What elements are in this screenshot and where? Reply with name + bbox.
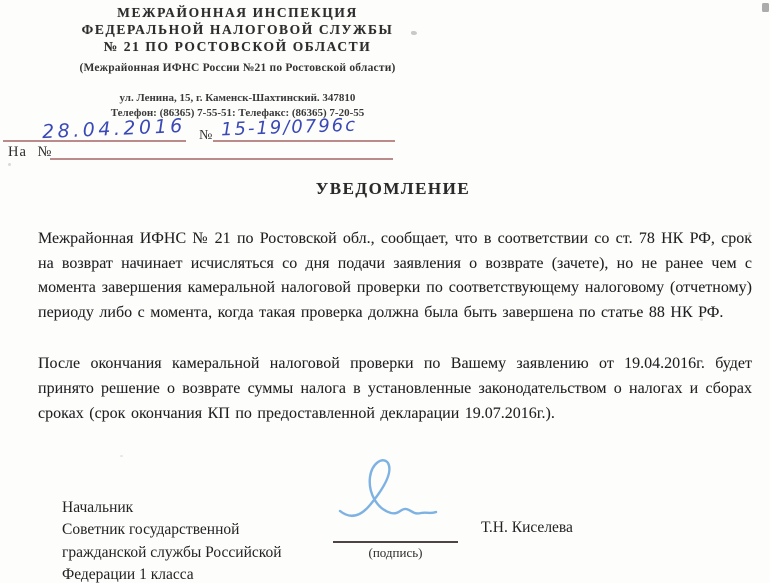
reply-to-label: На № [8,144,52,161]
signature-caption: (подпись) [333,545,458,561]
org-name-line1: МЕЖРАЙОННАЯ ИНСПЕКЦИЯ [35,4,440,21]
org-address: ул. Ленина, 15, г. Каменск-Шахтинский. 3… [35,91,440,106]
body-text: Межрайонная ИФНС № 21 по Ростовской обл.… [38,227,752,426]
signature-line [333,541,458,543]
position-line-2: Советник государственной [62,519,282,541]
scan-noise-speck [120,455,123,457]
position-line-3: гражданской службы Российской [62,542,282,564]
number-underline [213,140,395,142]
scan-noise-speck [748,232,751,235]
handwritten-outgoing-number: 15-19/0796с [221,115,358,141]
signatory-name: Т.Н. Киселева [481,519,573,537]
org-address-phone: ул. Ленина, 15, г. Каменск-Шахтинский. 3… [35,91,440,121]
position-line-1: Начальник [62,497,282,519]
number-sign: № [199,128,212,144]
date-underline [3,140,186,142]
paragraph-2: После окончания камеральной налоговой пр… [38,352,752,426]
signatory-position: Начальник Советник государственной гражд… [62,497,282,583]
handwritten-signature [334,457,440,525]
org-short-name: (Межрайонная ИФНС России №21 по Ростовск… [35,62,440,74]
scanned-notification-letter: МЕЖРАЙОННАЯ ИНСПЕКЦИЯ ФЕДЕРАЛЬНОЙ НАЛОГО… [0,0,770,583]
scan-noise-speck [411,31,417,35]
document-title: УВЕДОМЛЕНИЕ [0,179,770,199]
scan-noise-speck [700,318,703,321]
paragraph-1: Межрайонная ИФНС № 21 по Ростовской обл.… [38,227,752,325]
org-name-line3: № 21 ПО РОСТОВСКОЙ ОБЛАСТИ [35,38,440,55]
position-line-4: Федерации 1 класса [62,564,282,583]
scan-noise-corner-mark [762,3,769,12]
scan-noise-speck [8,163,11,166]
reply-to-underline [50,158,393,160]
letterhead: МЕЖРАЙОННАЯ ИНСПЕКЦИЯ ФЕДЕРАЛЬНОЙ НАЛОГО… [35,4,440,121]
org-name-line2: ФЕДЕРАЛЬНОЙ НАЛОГОВОЙ СЛУЖБЫ [35,21,440,38]
